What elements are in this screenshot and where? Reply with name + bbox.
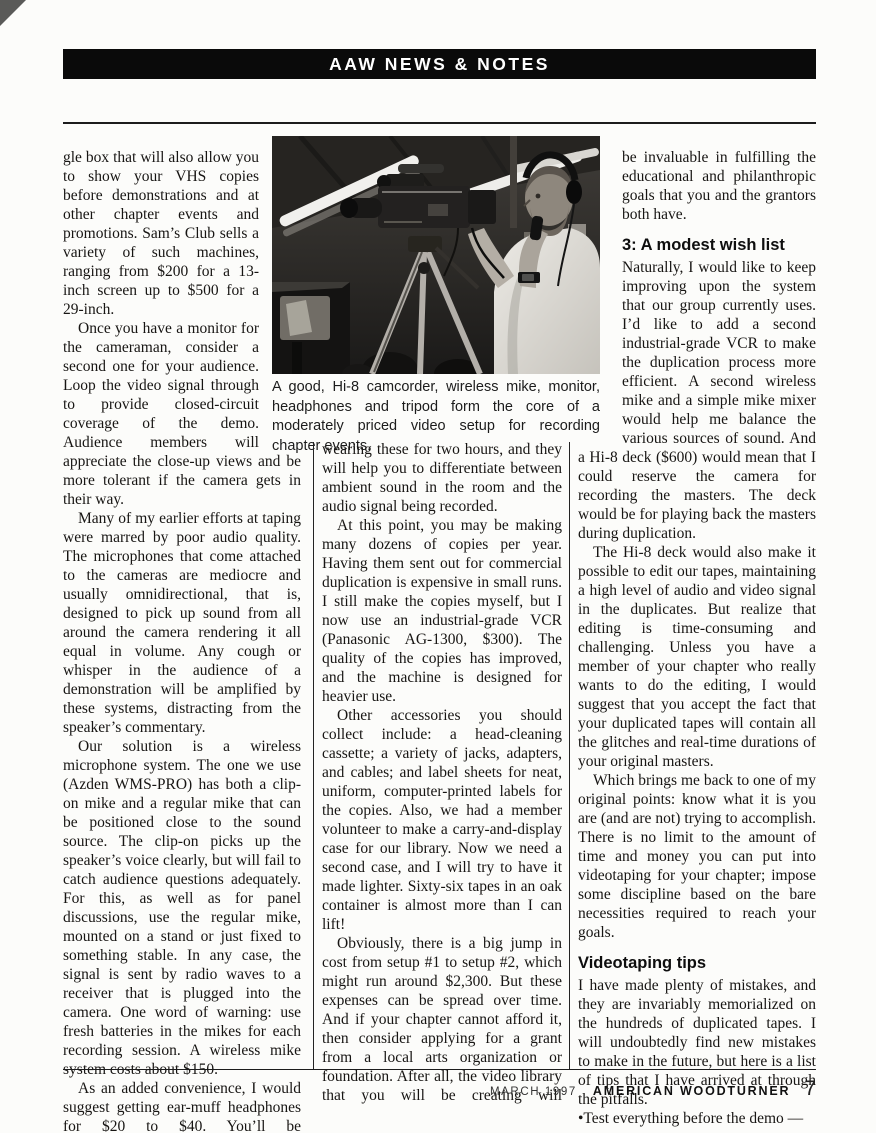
- page-footer: MARCH 1997 AMERICAN WOODTURNER 7: [63, 1077, 816, 1101]
- camcorder-setup-photo: [272, 136, 600, 374]
- footer-page-number: 7: [804, 1077, 816, 1101]
- column-rule-left: [313, 442, 314, 1069]
- paragraph: Which brings me back to one of my origin…: [578, 771, 816, 942]
- footer-magazine-title: AMERICAN WOODTURNER: [593, 1084, 790, 1098]
- paragraph: wearing these for two hours, and they wi…: [322, 440, 562, 516]
- paragraph: Our solution is a wireless microphone sy…: [63, 737, 301, 1079]
- paragraph: The Hi-8 deck would also make it possibl…: [578, 543, 816, 771]
- column-rule-right: [569, 442, 570, 1069]
- photo-figure: A good, Hi-8 camcorder, wireless mike, m…: [272, 136, 600, 456]
- paragraph: At this point, you may be making many do…: [322, 516, 562, 706]
- footer-rule: [63, 1069, 816, 1070]
- paragraph: Many of my earlier efforts at taping wer…: [63, 509, 301, 737]
- footer-issue-date: MARCH 1997: [490, 1086, 577, 1098]
- column-right: be invaluable in fulfilling the educatio…: [578, 148, 816, 1053]
- paragraph: Other accessories you should collect inc…: [322, 706, 562, 934]
- column-left: gle box that will also allow you to show…: [63, 148, 301, 1053]
- heading-videotaping-tips: Videotaping tips: [578, 953, 816, 973]
- masthead-title: AAW NEWS & NOTES: [329, 54, 550, 75]
- scan-artifact: [0, 0, 26, 26]
- photo-wrap-spacer: [259, 148, 301, 438]
- column-middle: wearing these for two hours, and they wi…: [322, 440, 562, 1053]
- paragraph bullet-item: •Test everything before the demo —: [578, 1109, 816, 1128]
- masthead-bar: AAW NEWS & NOTES: [63, 49, 816, 79]
- photo-wrap-spacer: [578, 148, 622, 438]
- magazine-page: AAW NEWS & NOTES: [0, 0, 876, 1133]
- header-rule: [63, 122, 816, 124]
